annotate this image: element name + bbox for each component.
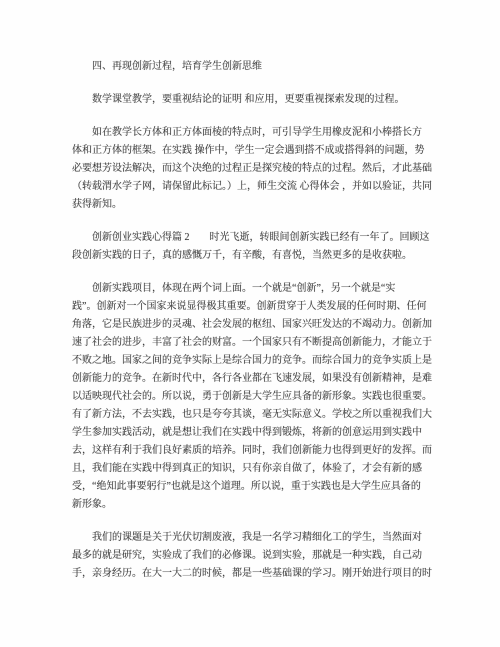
document-body: 四、再现创新过程，培育学生创新思维 数学课堂教学，要重视结论的证明 和应用，更要… [72, 58, 500, 598]
paragraph: 如在教学长方体和正方体面棱的特点时，可引导学生用橡皮泥和小棒搭长方 体和正方体的… [72, 124, 500, 214]
paragraph: 四、再现创新过程，培育学生创新思维 [72, 58, 500, 76]
paragraph: 创新创业实践心得篇 2 时光飞逝，转眼间创新实践已经有一年了。回顾这 段创新实践… [72, 229, 500, 265]
document-page: 四、再现创新过程，培育学生创新思维 数学课堂教学，要重视结论的证明 和应用，更要… [0, 0, 500, 647]
paragraph: 创新实践项目，体现在两个词上面。一个就是“创新”，另一个就是“实 践”。创新对一… [72, 280, 500, 514]
paragraph: 我们的课题是关于光伏切割废液，我是一名学习精细化工的学生，当然面对 最多的就是研… [72, 529, 500, 583]
paragraph: 数学课堂教学，要重视结论的证明 和应用，更要重视探索发现的过程。 [72, 91, 500, 109]
